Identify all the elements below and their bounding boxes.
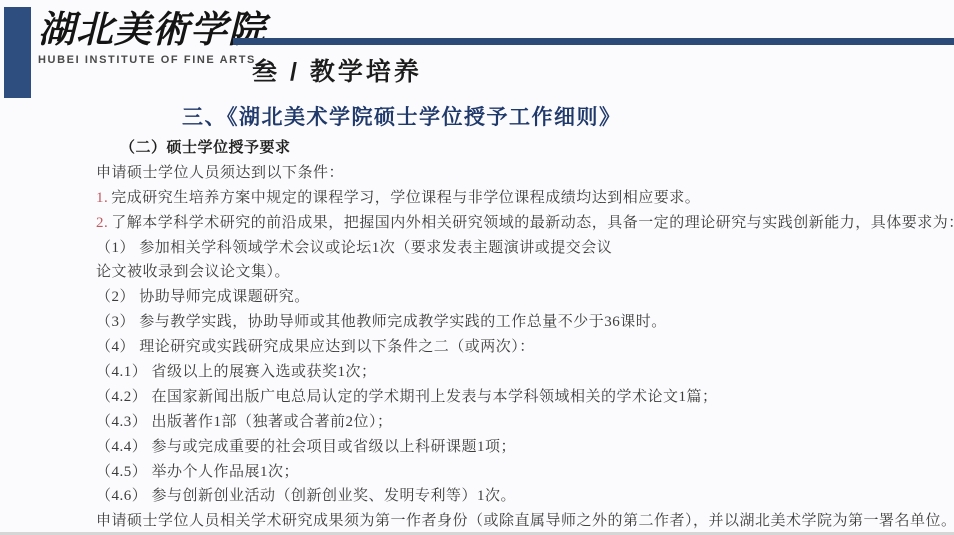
institute-logo-english: HUBEI INSTITUTE OF FINE ARTS	[38, 54, 266, 66]
body-line: （4.4） 参与或完成重要的社会项目或省级以上科研课题1项；	[0, 435, 950, 460]
body-line: （4） 理论研究或实践研究成果应达到以下条件之二（或两次）：	[0, 335, 950, 360]
line-text: （4.2） 在国家新闻出版广电总局认定的学术期刊上发表与本学科领域相关的学术论文…	[96, 389, 718, 405]
body-line: （4.6） 参与创新创业活动（创新创业奖、发明专利等）1次。	[0, 484, 950, 509]
body-line: （2） 协助导师完成课题研究。	[0, 285, 950, 310]
line-text: （4） 理论研究或实践研究成果应达到以下条件之二（或两次）：	[96, 339, 535, 355]
line-text: （4.4） 参与或完成重要的社会项目或省级以上科研课题1项；	[96, 439, 516, 455]
slide: 湖北美術学院 HUBEI INSTITUTE OF FINE ARTS 叁 / …	[0, 0, 954, 535]
line-text: （3） 参与教学实践，协助导师或其他教师完成教学实践的工作总量不少于36课时。	[96, 314, 667, 330]
body-line: 2.了解本学科学术研究的前沿成果，把握国内外相关研究领域的最新动态，具备一定的理…	[0, 211, 950, 236]
body-line: 申请硕士学位人员须达到以下条件：	[0, 161, 950, 186]
body-line: （3） 参与教学实践，协助导师或其他教师完成教学实践的工作总量不少于36课时。	[0, 310, 950, 335]
line-text: 论文被收录到会议论文集）。	[96, 264, 290, 280]
list-number: 2.	[96, 215, 111, 231]
section-heading: 叁 / 教学培养	[252, 52, 422, 88]
header-accent-bar	[4, 7, 31, 98]
body-line: （4.1） 省级以上的展赛入选或获奖1次；	[0, 360, 950, 385]
line-text: （4.5） 举办个人作品展1次；	[96, 464, 299, 480]
body-line: （4.3） 出版著作1部（独著或合著前2位）；	[0, 410, 950, 435]
line-text: 了解本学科学术研究的前沿成果，把握国内外相关研究领域的最新动态，具备一定的理论研…	[111, 215, 954, 231]
body-line: （1） 参加相关学科领域学术会议或论坛1次（要求发表主题演讲或提交会议	[0, 236, 950, 261]
line-text: 申请硕士学位人员相关学术研究成果须为第一作者身份（或除直属导师之外的第二作者），…	[96, 513, 954, 529]
line-text: （4.3） 出版著作1部（独著或合著前2位）；	[96, 414, 393, 430]
body-line: 申请硕士学位人员相关学术研究成果须为第一作者身份（或除直属导师之外的第二作者），…	[0, 509, 950, 534]
body-line: 1.完成研究生培养方案中规定的课程学习，学位课程与非学位课程成绩均达到相应要求。	[0, 186, 950, 211]
list-number: 1.	[96, 190, 111, 206]
body-line: 论文被收录到会议论文集）。	[0, 260, 950, 285]
line-text: （4.6） 参与创新创业活动（创新创业奖、发明专利等）1次。	[96, 488, 516, 504]
institute-logo: 湖北美術学院 HUBEI INSTITUTE OF FINE ARTS	[38, 4, 266, 66]
line-text: （2） 协助导师完成课题研究。	[96, 289, 310, 305]
body-text: （二）硕士学位授予要求申请硕士学位人员须达到以下条件：1.完成研究生培养方案中规…	[0, 136, 950, 534]
body-line: （4.2） 在国家新闻出版广电总局认定的学术期刊上发表与本学科领域相关的学术论文…	[0, 385, 950, 410]
institute-logo-chinese: 湖北美術学院	[38, 4, 266, 54]
body-line: （4.5） 举办个人作品展1次；	[0, 460, 950, 485]
document-title: 三、《湖北美术学院硕士学位授予工作细则》	[182, 101, 622, 131]
line-text: （二）硕士学位授予要求	[120, 140, 291, 156]
header-divider-line	[233, 38, 954, 45]
line-text: （1） 参加相关学科领域学术会议或论坛1次（要求发表主题演讲或提交会议	[96, 240, 612, 256]
line-text: （4.1） 省级以上的展赛入选或获奖1次；	[96, 364, 377, 380]
line-text: 申请硕士学位人员须达到以下条件：	[96, 165, 344, 181]
line-text: 完成研究生培养方案中规定的课程学习，学位课程与非学位课程成绩均达到相应要求。	[111, 190, 700, 206]
body-line: （二）硕士学位授予要求	[0, 136, 950, 161]
